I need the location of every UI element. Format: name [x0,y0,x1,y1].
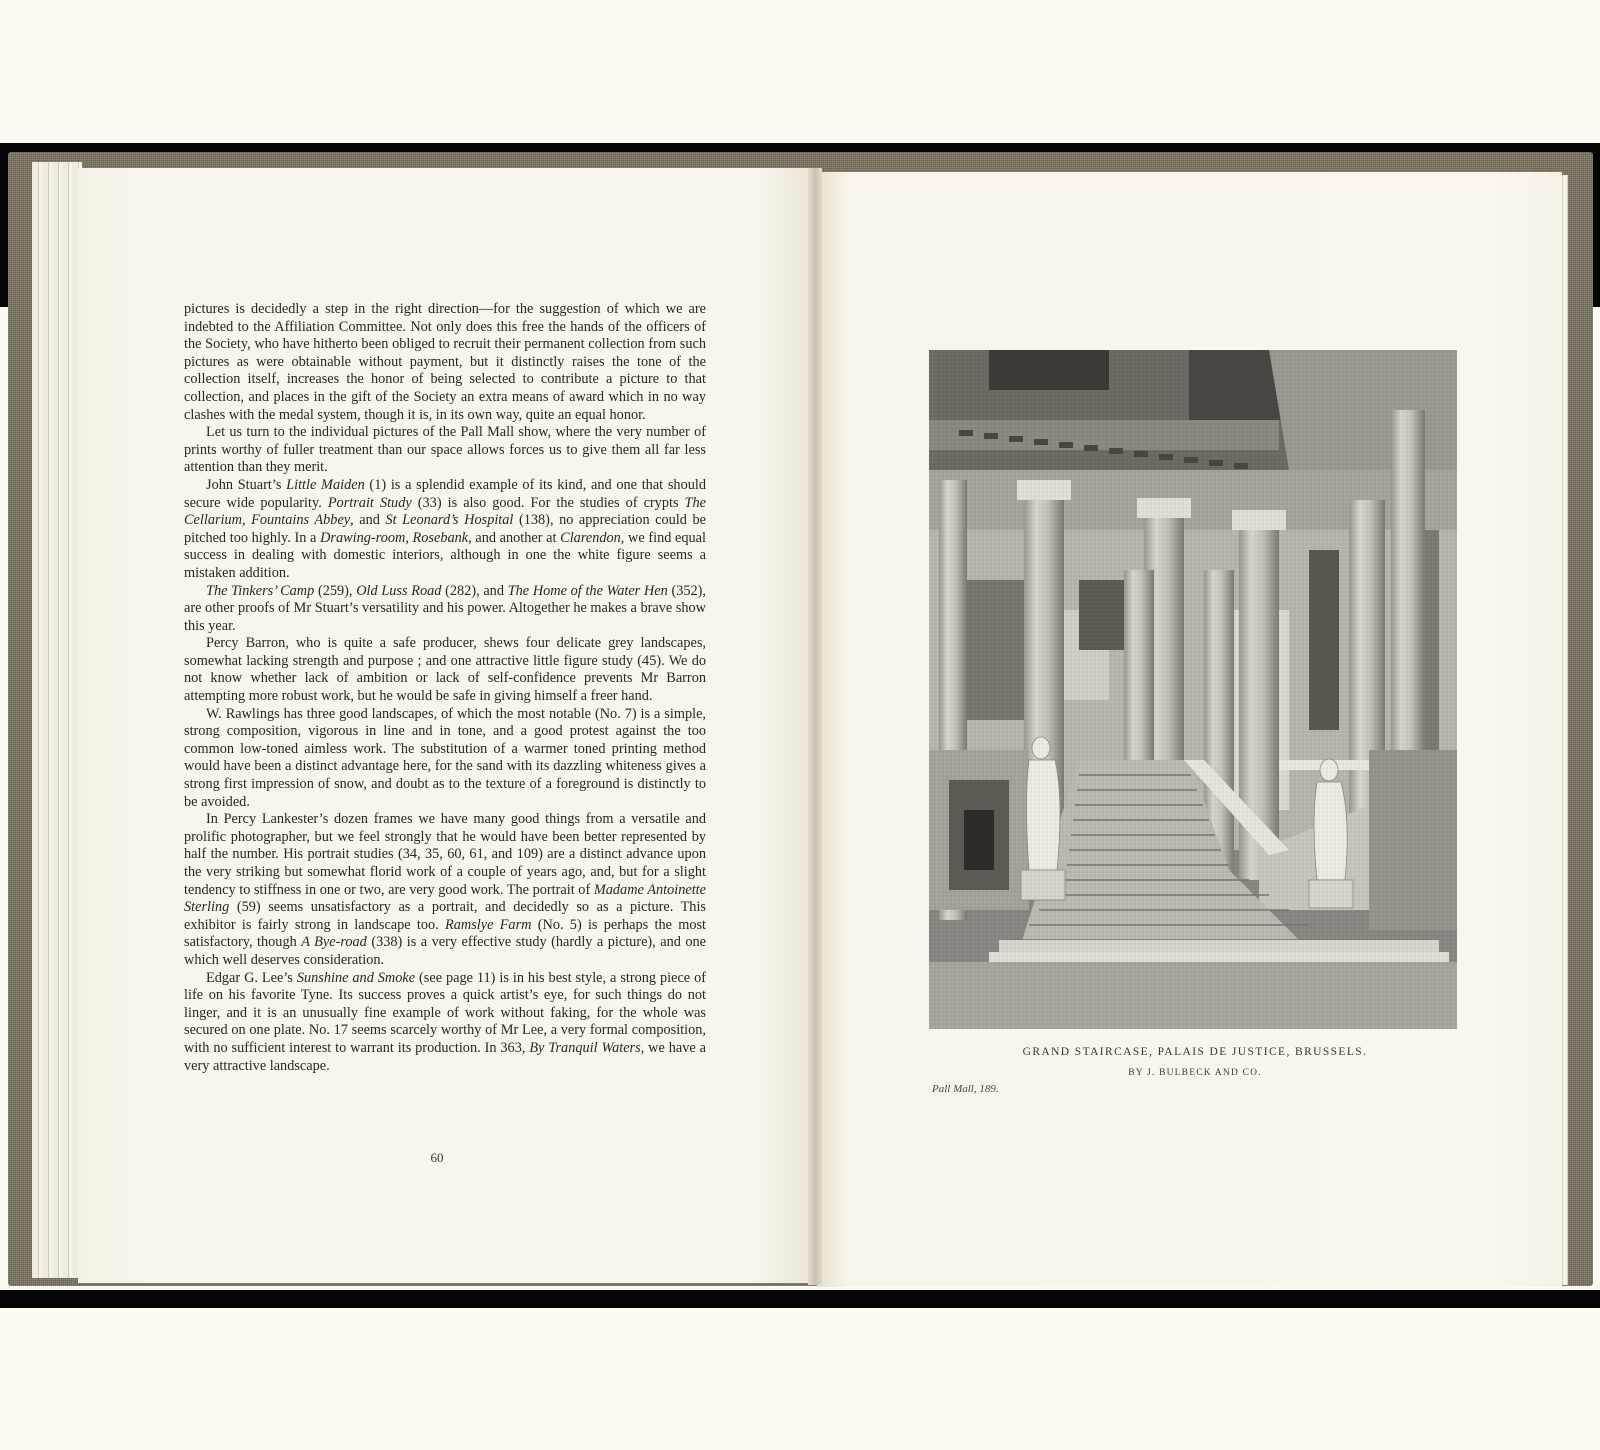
italic-title: Sunshine and Smoke [297,970,415,986]
text-run: W. Rawlings has three good landscapes, o… [184,706,706,810]
italic-title: Old Luss Road [356,583,441,599]
paragraph: John Stuart’s Little Maiden (1) is a spl… [184,477,706,583]
italic-title: Fountains Abbey [251,512,350,528]
italic-title: Drawing-room, Rose­bank [320,530,468,546]
italic-title: Little Maiden [286,477,365,493]
text-run: Percy Barron, who is quite a safe produc… [184,635,706,704]
italic-title: Clarendon [560,530,621,546]
paragraph: pictures is decidedly a step in the righ… [184,301,706,424]
text-run: John Stuart’s [206,477,286,493]
italic-title: Portrait Study [328,495,412,511]
text-run: , [242,512,251,528]
plate-caption-source: Pall Mall, 189. [932,1083,999,1095]
text-run: , and [350,512,385,528]
italic-title: The Home of the Water Hen [508,583,668,599]
italic-title: The Tinkers’ Camp [206,583,314,599]
text-run: Let us turn to the individual pictures o… [184,424,706,475]
plate-caption-title: GRAND STAIRCASE, PALAIS DE JUSTICE, BRUS… [930,1046,1460,1058]
paragraph: W. Rawlings has three good landscapes, o… [184,706,706,812]
paragraph: Let us turn to the individual pictures o… [184,424,706,477]
text-run: , and another at [468,530,560,546]
plate-caption-credit: BY J. BULBECK AND CO. [930,1068,1460,1078]
text-run: Edgar G. Lee’s [206,970,297,986]
text-run: (33) is also good. For the studies of cr… [412,495,685,511]
page-number: 60 [425,1150,449,1166]
text-run: (282), and [441,583,507,599]
body-text: pictures is decidedly a step in the righ… [184,301,706,1075]
scan-background-bottom [0,1290,1600,1308]
italic-title: By Tranquil Waters [529,1040,640,1056]
paragraph: The Tinkers’ Camp (259), Old Luss Road (… [184,583,706,636]
text-run: pictures is decidedly a step in the righ… [184,301,706,423]
italic-title: A Bye-road [301,934,367,950]
photograph-plate-icon [929,350,1457,1029]
italic-title: Ramslye Farm [445,917,531,933]
italic-title: St Leonard’s Hospital [386,512,514,528]
paragraph: Edgar G. Lee’s Sunshine and Smoke (see p… [184,970,706,1076]
page-edges-left [32,162,82,1278]
text-run: (259), [314,583,356,599]
plate-photograph [929,350,1457,1029]
paragraph: Percy Barron, who is quite a safe produc… [184,635,706,705]
book-gutter [808,168,822,1285]
paragraph: In Percy Lankester’s dozen frames we hav… [184,811,706,969]
